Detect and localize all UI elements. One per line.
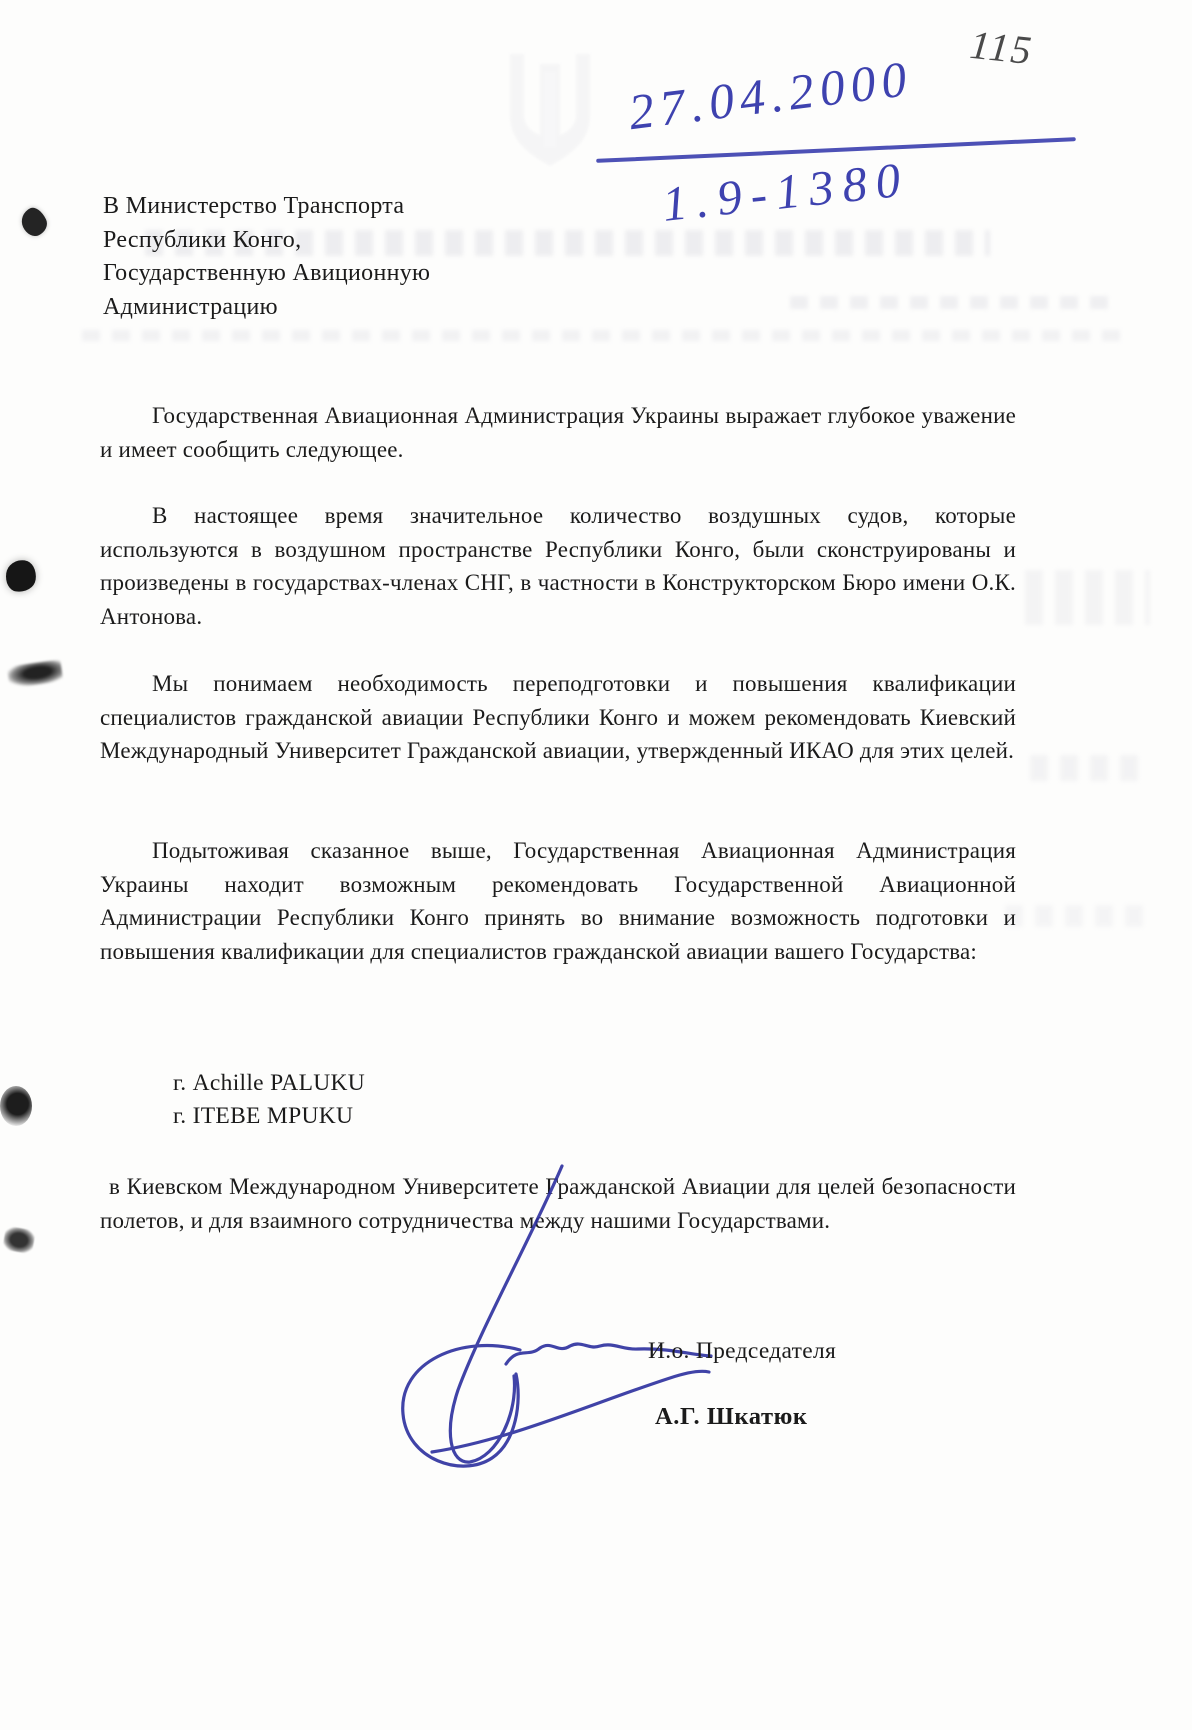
recipient-address: В Министерство Транспорта Республики Кон… [103,190,623,324]
page-number: 115 [968,21,1036,74]
recipient-line: В Министерство Транспорта [103,190,623,224]
scan-smudge [17,204,51,240]
bleedthrough-artifact [1005,905,1155,927]
handwritten-date: 27.04.2000 [626,49,916,141]
ukraine-trident-watermark-icon [500,52,600,170]
candidate-name: г. Achille PALUKU [173,1067,365,1100]
handwritten-reference-number: 1.9-1380 [660,150,912,233]
signer-name: А.Г. Шкатюк [655,1403,808,1431]
scan-smudge [2,1226,36,1255]
recipient-line: Администрацию [103,291,623,325]
paragraph-recommendation: Подытоживая сказанное выше, Государствен… [100,834,1016,968]
hole-punch-mark [0,1086,32,1126]
bleedthrough-artifact [1030,755,1150,781]
candidate-name: г. ITEBE MPUKU [173,1100,365,1133]
paragraph-greeting: Государственная Авиационная Администраци… [100,399,1016,466]
scanned-letter-page: 115 27.04.2000 1.9-1380 В Министерство Т… [0,0,1192,1730]
recipient-line: Республики Конго, [103,224,623,258]
bleedthrough-artifact [82,330,1132,341]
scan-smudge [7,659,64,688]
signature-ink [370,1150,790,1490]
paragraph-training-need: Мы понимаем необходимость переподготовки… [100,667,1016,768]
bleedthrough-artifact [790,296,1120,309]
candidate-names-list: г. Achille PALUKU г. ITEBE MPUKU [173,1067,365,1133]
bleedthrough-artifact [1025,570,1150,625]
signer-title: И.о. Председателя [648,1338,836,1365]
hole-punch-mark [4,558,38,594]
paragraph-aircraft-origin: В настоящее время значительное количеств… [100,499,1016,633]
recipient-line: Государственную Авиционную [103,257,623,291]
